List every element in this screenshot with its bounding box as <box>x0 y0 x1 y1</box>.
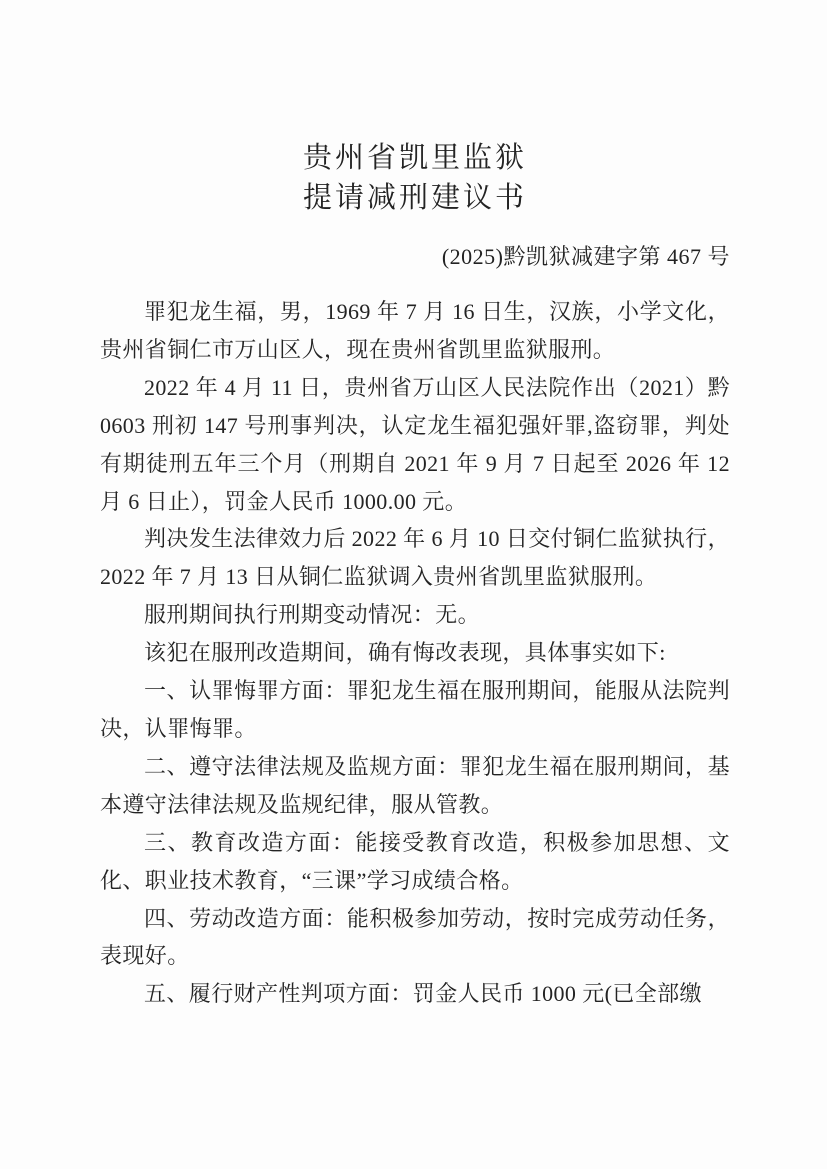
paragraph-item-3-education: 三、教育改造方面：能接受教育改造，积极参加思想、文化、职业技术教育，“三课”学习… <box>100 824 730 900</box>
paragraph-term-change-status: 服刑期间执行刑期变动情况：无。 <box>100 596 730 634</box>
document-header: 贵州省凯里监狱 提请减刑建议书 <box>100 138 730 218</box>
paragraph-item-2-discipline: 二、遵守法律法规及监规方面：罪犯龙生福在服刑期间，基本遵守法律法规及监规纪律，服… <box>100 748 730 824</box>
document-page: 贵州省凯里监狱 提请减刑建议书 (2025)黔凯狱减建字第 467 号 罪犯龙生… <box>0 0 827 1169</box>
paragraph-item-4-labor: 四、劳动改造方面：能积极参加劳动，按时完成劳动任务，表现好。 <box>100 900 730 976</box>
paragraph-offender-info: 罪犯龙生福，男，1969 年 7 月 16 日生，汉族，小学文化，贵州省铜仁市万… <box>100 293 730 369</box>
document-body: 罪犯龙生福，男，1969 年 7 月 16 日生，汉族，小学文化，贵州省铜仁市万… <box>100 293 730 1013</box>
document-type-title: 提请减刑建议书 <box>100 178 730 218</box>
paragraph-reform-intro: 该犯在服刑改造期间，确有悔改表现，具体事实如下: <box>100 634 730 672</box>
prison-name-title: 贵州省凯里监狱 <box>100 138 730 178</box>
paragraph-judgment-details: 2022 年 4 月 11 日，贵州省万山区人民法院作出（2021）黔 0603… <box>100 369 730 521</box>
paragraph-prison-transfer: 判决发生法律效力后 2022 年 6 月 10 日交付铜仁监狱执行，2022 年… <box>100 520 730 596</box>
paragraph-item-5-property-penalty: 五、履行财产性判项方面：罚金人民币 1000 元(已全部缴 <box>100 975 730 1013</box>
document-number: (2025)黔凯狱减建字第 467 号 <box>100 242 730 272</box>
paragraph-item-1-confession: 一、认罪悔罪方面：罪犯龙生福在服刑期间，能服从法院判决，认罪悔罪。 <box>100 672 730 748</box>
